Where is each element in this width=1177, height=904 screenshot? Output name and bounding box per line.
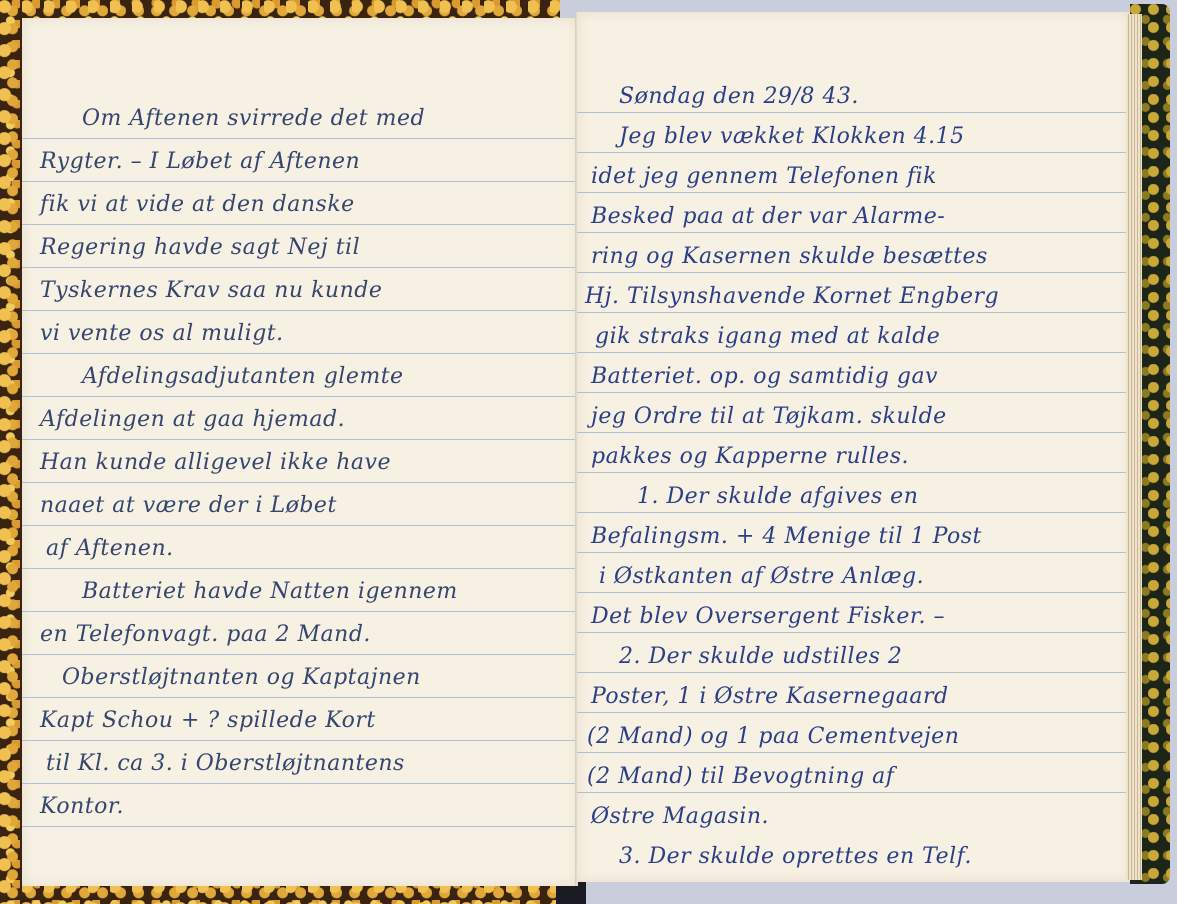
rule-line: [22, 310, 577, 311]
rule-line: [22, 611, 577, 612]
rule-line: [577, 152, 1130, 153]
handwritten-line: pakkes og Kapperne rulles.: [591, 444, 909, 469]
rule-line: [22, 783, 577, 784]
handwritten-line: til Kl. ca 3. i Oberstløjtnantens: [46, 751, 405, 776]
handwritten-line: Befalingsm. + 4 Menige til 1 Post: [591, 524, 982, 549]
handwritten-line: Poster, 1 i Østre Kasernegaard: [591, 684, 949, 709]
rule-line: [577, 272, 1130, 273]
rule-line: [577, 552, 1130, 553]
handwritten-line: Besked paa at der var Alarme-: [591, 204, 945, 229]
right-page: Søndag den 29/8 43. Jeg blev vækket Klok…: [577, 12, 1130, 882]
left-page: Om Aftenen svirrede det med Rygter. – I …: [22, 18, 577, 886]
rule-line: [22, 396, 577, 397]
rule-line: [577, 512, 1130, 513]
rule-line: [577, 112, 1130, 113]
rule-line: [22, 740, 577, 741]
rule-line: [22, 353, 577, 354]
handwritten-line: jeg Ordre til at Tøjkam. skulde: [591, 404, 947, 429]
rule-line: [577, 392, 1130, 393]
rule-line: [22, 439, 577, 440]
date-header: Søndag den 29/8 43.: [619, 84, 859, 109]
handwritten-line: Batteriet. op. og samtidig gav: [591, 364, 938, 389]
handwritten-line: Østre Magasin.: [591, 804, 769, 829]
handwritten-line: Hj. Tilsynshavende Kornet Engberg: [585, 284, 999, 309]
handwritten-line: ring og Kasernen skulde besættes: [591, 244, 988, 269]
handwritten-line: 3. Der skulde oprettes en Telf.: [619, 844, 972, 869]
rule-line: [577, 752, 1130, 753]
rule-line: [22, 224, 577, 225]
rule-line: [577, 192, 1130, 193]
rule-line: [577, 592, 1130, 593]
handwritten-line: Rygter. – I Løbet af Aftenen: [40, 149, 360, 174]
rule-line: [22, 654, 577, 655]
handwritten-line: Kapt Schou + ? spillede Kort: [40, 708, 376, 733]
handwritten-line: Om Aftenen svirrede det med: [82, 106, 425, 131]
rule-line: [22, 138, 577, 139]
handwritten-line: (2 Mand) og 1 paa Cementvejen: [587, 724, 959, 749]
rule-line: [22, 482, 577, 483]
handwritten-line: Afdelingsadjutanten glemte: [82, 364, 404, 389]
rule-line: [577, 472, 1130, 473]
rule-line: [22, 568, 577, 569]
rule-line: [577, 432, 1130, 433]
handwritten-line: af Aftenen.: [46, 536, 174, 561]
handwritten-line: 2. Der skulde udstilles 2: [619, 644, 902, 669]
rule-line: [22, 181, 577, 182]
handwritten-line: Oberstløjtnanten og Kaptajnen: [62, 665, 421, 690]
rule-line: [577, 792, 1130, 793]
handwritten-line: gik straks igang med at kalde: [595, 324, 940, 349]
handwritten-line: 1. Der skulde afgives en: [637, 484, 918, 509]
rule-line: [22, 525, 577, 526]
handwritten-line: i Østkanten af Østre Anlæg.: [599, 564, 924, 589]
handwritten-line: Regering havde sagt Nej til: [40, 235, 360, 260]
handwritten-line: naaet at være der i Løbet: [40, 493, 337, 518]
handwritten-line: en Telefonvagt. paa 2 Mand.: [40, 622, 371, 647]
handwritten-line: Kontor.: [40, 794, 124, 819]
handwritten-line: Afdelingen at gaa hjemad.: [40, 407, 345, 432]
handwritten-line: Han kunde alligevel ikke have: [40, 450, 391, 475]
rule-line: [577, 312, 1130, 313]
rule-line: [22, 697, 577, 698]
rule-line: [577, 672, 1130, 673]
rule-line: [577, 632, 1130, 633]
page-edges: [1126, 14, 1142, 880]
handwritten-line: vi vente os al muligt.: [40, 321, 284, 346]
handwritten-line: Det blev Oversergent Fisker. –: [591, 604, 945, 629]
rule-line: [577, 352, 1130, 353]
handwritten-line: Jeg blev vækket Klokken 4.15: [619, 124, 965, 149]
rule-line: [577, 232, 1130, 233]
rule-line: [22, 826, 577, 827]
handwritten-line: fik vi at vide at den danske: [40, 192, 355, 217]
handwritten-line: Batteriet havde Natten igennem: [82, 579, 458, 604]
handwritten-line: idet jeg gennem Telefonen fik: [591, 164, 937, 189]
rule-line: [22, 267, 577, 268]
handwritten-line: (2 Mand) til Bevogtning af: [587, 764, 894, 789]
rule-line: [577, 712, 1130, 713]
handwritten-line: Tyskernes Krav saa nu kunde: [40, 278, 382, 303]
